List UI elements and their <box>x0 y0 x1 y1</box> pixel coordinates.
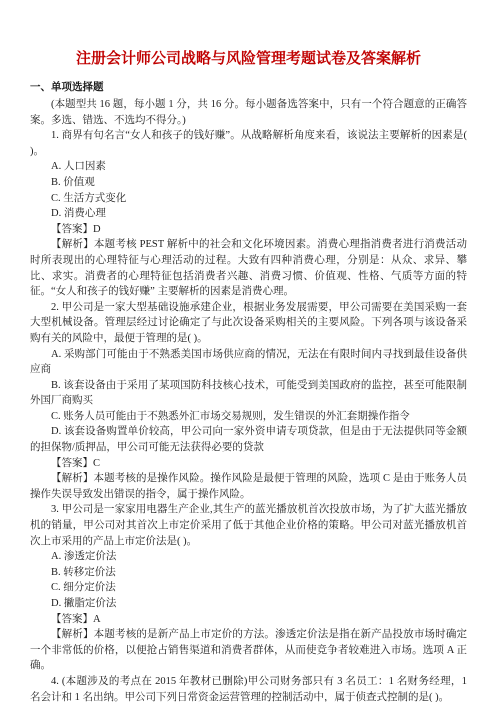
question-2-option-c: C. 账务人员可能由于不熟悉外汇市场交易规则，发生错误的外汇套期操作指令 <box>30 409 467 425</box>
question-2-explanation: 【解析】本题考核的是操作风险。操作风险是最便于管理的风险，选项 C 是由于账务人… <box>30 471 467 502</box>
question-1-option-a: A. 人口因素 <box>30 159 467 175</box>
question-2-block: 2. 甲公司是一家大型基础设施承建企业，根据业务发展需要，甲公司需要在美国采购一… <box>30 300 467 503</box>
question-1-stem: 1. 商界有句名言“女人和孩子的钱好赚”。从战略解析角度来看，该说法主要解析的因… <box>30 128 467 159</box>
question-3-explanation: 【解析】本题考核的是新产品上市定价的方法。渗透定价法是指在新产品投放市场时确定一… <box>30 627 467 674</box>
question-2-answer: 【答案】C <box>30 456 467 472</box>
question-3-stem: 3. 甲公司是一家家用电器生产企业,其生产的蓝光播放机首次投放市场，为了扩大蓝光… <box>30 502 467 549</box>
question-1-option-c: C. 生活方式变化 <box>30 191 467 207</box>
section-note: (本题型共 16 题，每小题 1 分，共 16 分。每小题备选答案中，只有一个符… <box>30 97 467 128</box>
question-3-block: 3. 甲公司是一家家用电器生产企业,其生产的蓝光播放机首次投放市场，为了扩大蓝光… <box>30 502 467 674</box>
document-page: 注册会计师公司战略与风险管理考题试卷及答案解析 一、单项选择题 (本题型共 16… <box>0 0 496 702</box>
question-3-option-d: D. 撇脂定价法 <box>30 596 467 612</box>
document-title: 注册会计师公司战略与风险管理考题试卷及答案解析 <box>30 48 467 69</box>
question-1-block: 1. 商界有句名言“女人和孩子的钱好赚”。从战略解析角度来看，该说法主要解析的因… <box>30 128 467 300</box>
question-3-option-a: A. 渗透定价法 <box>30 549 467 565</box>
question-4-stem: 4. (本题涉及的考点在 2015 年教材已删除)甲公司财务部只有 3 名员工：… <box>30 674 467 702</box>
question-2-option-b: B. 该套设备由于采用了某项国防科技核心技术，可能受到美国政府的监控，甚至可能限… <box>30 378 467 409</box>
section-heading-single-choice: 一、单项选择题 <box>30 79 467 95</box>
question-3-option-b: B. 转移定价法 <box>30 565 467 581</box>
question-2-option-a: A. 采购部门可能由于不熟悉美国市场供应商的情况，无法在有限时间内寻找到最佳设备… <box>30 347 467 378</box>
question-2-stem: 2. 甲公司是一家大型基础设施承建企业，根据业务发展需要，甲公司需要在美国采购一… <box>30 300 467 347</box>
question-1-answer: 【答案】D <box>30 222 467 238</box>
question-2-option-d: D. 该套设备购置单价较高，甲公司向一家外资申请专项贷款，但是由于无法提供同等金… <box>30 424 467 455</box>
question-3-answer: 【答案】A <box>30 612 467 628</box>
question-1-explanation: 【解析】本题考核 PEST 解析中的社会和文化环境因素。消费心理指消费者进行消费… <box>30 237 467 299</box>
question-3-option-c: C. 细分定价法 <box>30 580 467 596</box>
question-1-option-b: B. 价值观 <box>30 175 467 191</box>
question-4-block: 4. (本题涉及的考点在 2015 年教材已删除)甲公司财务部只有 3 名员工：… <box>30 674 467 702</box>
question-1-option-d: D. 消费心理 <box>30 206 467 222</box>
